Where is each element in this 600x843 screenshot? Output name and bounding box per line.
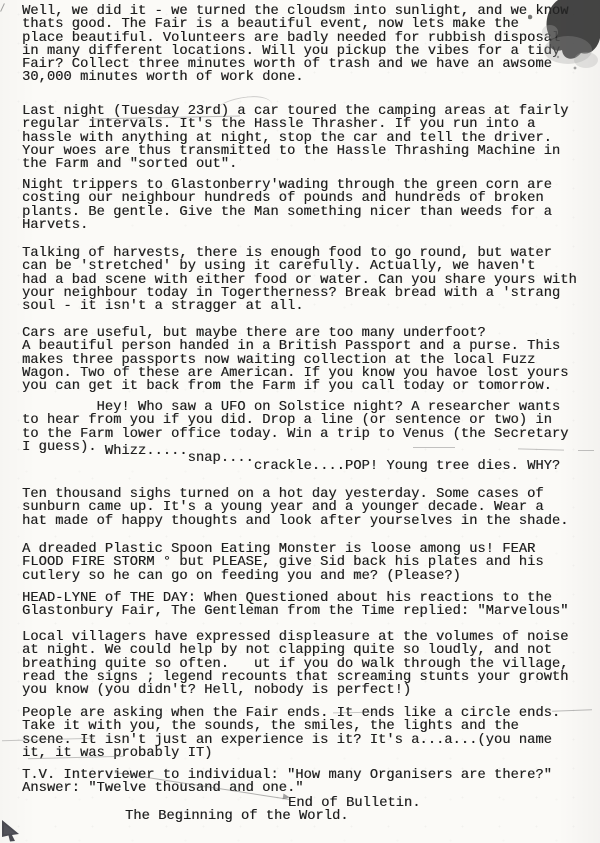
text-line: plants. Be gentle. Give the Man somethin… xyxy=(22,206,552,219)
pencil-dash xyxy=(578,450,594,451)
paragraph-fair-ends-like-a-circle: People are asking when the Fair ends. It… xyxy=(22,707,560,760)
text-line: place beautiful. Volunteers are badly ne… xyxy=(22,32,568,45)
text-line: hat made of happy thoughts and look afte… xyxy=(22,515,568,528)
text-line: at night. We could help by not clapping … xyxy=(22,644,568,657)
paragraph-village-noise: Local villagers have expressed displeasu… xyxy=(22,631,568,697)
text-line: the Farm and "sorted out". xyxy=(22,158,568,171)
text-line: costing our neighbour hundreds of pounds… xyxy=(22,192,552,205)
stepped-segment: Whizz..... xyxy=(105,445,188,458)
pencil-arrowhead xyxy=(283,793,291,800)
text-line: regular intervals. It's the Hassle Thras… xyxy=(22,118,568,131)
stepped-segment: snap.... xyxy=(188,452,254,465)
text-line: hassle with anything at night, stop the … xyxy=(22,132,568,145)
paragraph-hassle-thrasher: Last night (Tuesday 23rd) a car toured t… xyxy=(22,105,568,171)
pencil-dash xyxy=(552,709,592,711)
stepped-segment: crackle....POP! Young tree dies. WHY? xyxy=(254,460,560,473)
text-line: cutlery so he can go on feeding you and … xyxy=(22,570,544,583)
text-line: it, it was probably IT) xyxy=(22,747,560,760)
paragraph-night-trippers: Night trippers to Glastonberry'wading th… xyxy=(22,179,552,232)
text-line: you can get it back from the Farm if you… xyxy=(22,380,568,393)
text-line: breathing quite so often. ut if you do w… xyxy=(22,658,568,671)
text-line: soul - it isn't a stragger at all. xyxy=(22,300,577,313)
paragraph-tidy-fair-volunteers: Well, we did it - we turned the cloudsm … xyxy=(22,5,568,85)
beginning-of-world-line: The Beginning of the World. xyxy=(125,810,349,823)
text-line: Take it with you, the sounds, the smiles… xyxy=(22,720,560,733)
stepped-text-line: I guess). Whizz.....snap....crackle....P… xyxy=(22,441,568,454)
text-line: A beautiful person handed in a British P… xyxy=(22,340,568,353)
paragraph-ufo-solstice: Hey! Who saw a UFO on Solstice night? A … xyxy=(22,401,568,454)
text-line: makes three passports now waiting collec… xyxy=(22,354,568,367)
text-line: Glastonbury Fair, The Gentleman from the… xyxy=(22,605,568,618)
text-line: to hear from you if you did. Drop a line… xyxy=(22,414,568,427)
text-line: FLOOD FIRE STORM ° but PLEASE, give Sid … xyxy=(22,556,544,569)
text-line: sunburn came up. It's a young year and a… xyxy=(22,501,568,514)
text-line: you know (you didn't? Hell, nobody is pe… xyxy=(22,684,568,697)
paragraph-sunburn-hot-day: Ten thousand sighs turned on a hot day y… xyxy=(22,488,568,528)
text-line: scene. It isn't just an experience is it… xyxy=(22,734,560,747)
text-line: thats good. The Fair is a beautiful even… xyxy=(22,18,568,31)
cursor-arrow-mark xyxy=(2,820,22,842)
pencil-dash xyxy=(413,447,455,448)
text-line: had a bad scene with either food or wate… xyxy=(22,274,577,287)
bulletin-page: Well, we did it - we turned the cloudsm … xyxy=(0,0,600,843)
paragraph-tv-interviewer: T.V. Interviewer to individual: "How man… xyxy=(22,769,552,796)
paragraph-head-lyne-of-the-day: HEAD-LYNE of THE DAY: When Questioned ab… xyxy=(22,592,568,619)
paragraph-passports-fuzz-wagon: Cars are useful, but maybe there are too… xyxy=(22,327,568,393)
text-line: Harvets. xyxy=(22,219,552,232)
ink-blot xyxy=(528,0,600,78)
text-line: can be 'stretched' by using it carefully… xyxy=(22,260,577,273)
pencil-speck xyxy=(0,3,5,12)
paragraph-harvests-food-water: Talking of harvests, there is enough foo… xyxy=(22,247,577,313)
text-line: 30,000 minutes worth of work done. xyxy=(22,71,568,84)
stepped-segment: I guess). xyxy=(22,441,105,454)
text-line: to the Farm lower office today. Win a tr… xyxy=(22,428,568,441)
paragraph-plastic-spoon-monster: A dreaded Plastic Spoon Eating Monster i… xyxy=(22,543,544,583)
